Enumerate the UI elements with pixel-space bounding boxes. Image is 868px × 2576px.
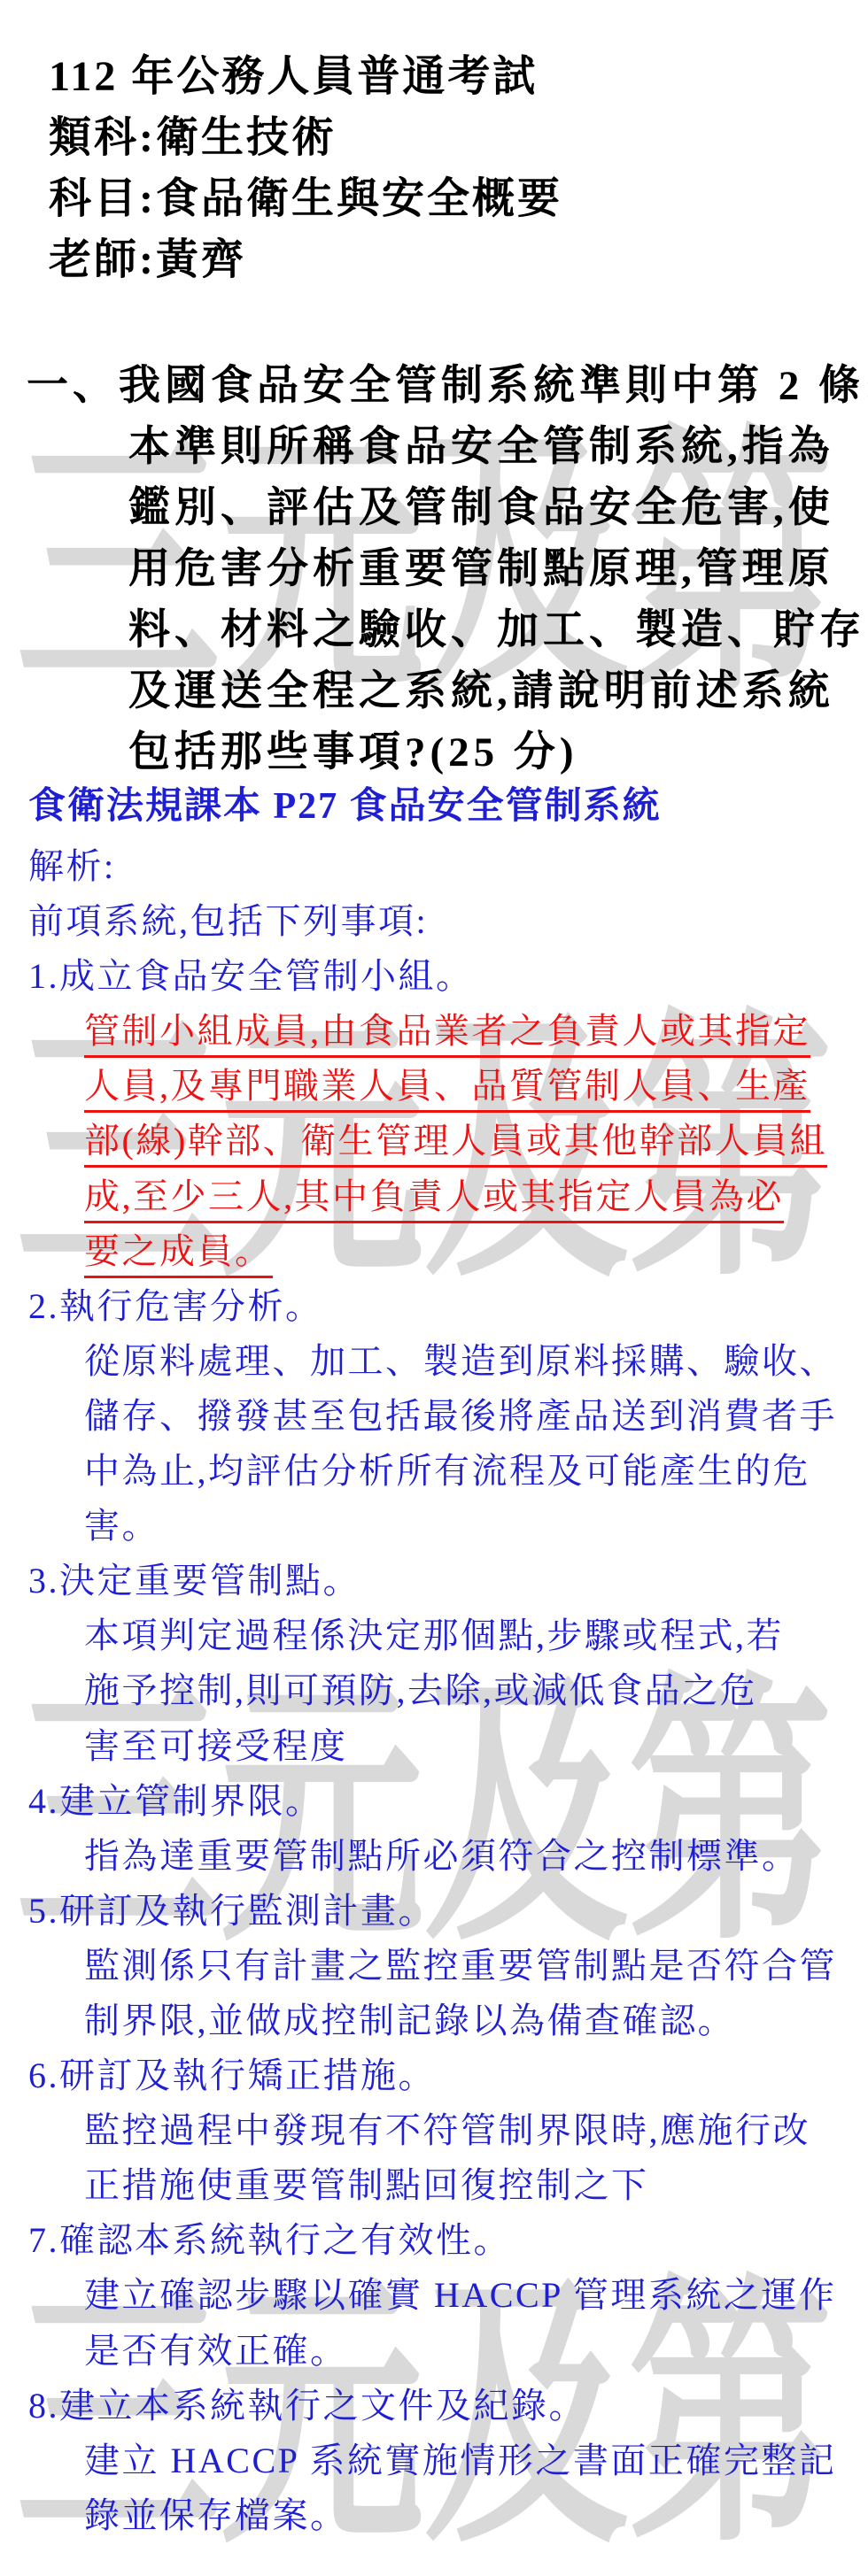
answer-line-text: 建立確認步驟以確實 HACCP 管理系統之運作 [84,2275,836,2315]
answer-line: 指為達重要管制點所必須符合之控制標準。 [28,1829,843,1884]
answer-line: 害至可接受程度 [28,1719,843,1774]
answer-line-text: 中為止,均評估分析所有流程及可能產生的危 [84,1451,810,1491]
header-line: 老師:黃齊 [49,229,850,290]
answer-line-text: 監控過程中發現有不符管制界限時,應施行改 [84,2110,810,2150]
answer-line: 監測係只有計畫之監控重要管制點是否符合管 [28,1939,843,1994]
answer-line-text: 監測係只有計畫之監控重要管制點是否符合管 [84,1946,837,1986]
answer-line-text: 3.決定重要管制點。 [28,1561,360,1600]
answer-line: 管制小組成員,由食品業者之負責人或其指定 [28,1004,843,1059]
answer-source-ref: 食衛法規課本 P27 食品安全管制系統 [28,784,662,829]
answer-line-text: 部(線)幹部、衛生管理人員或其他幹部人員組 [84,1121,827,1168]
question-line: 及運送全程之系統,請說明前述系統 [27,661,843,722]
header-line-text: 老師:黃齊 [49,236,246,283]
header-line: 112 年公務人員普通考試 [49,46,850,107]
header-line-text: 類科:衛生技術 [49,114,337,161]
answer-line: 4.建立管制界限。 [28,1774,843,1829]
answer-line-text: 1.成立食品安全管制小組。 [28,956,474,996]
answer-line: 建立確認步驟以確實 HACCP 管理系統之運作 [28,2268,843,2323]
document-page: 三元及第三元及第三元及第三元及第 112 年公務人員普通考試 類科:衛生技術 科… [0,0,868,2576]
document-content: 112 年公務人員普通考試 類科:衛生技術 科目:食品衛生與安全概要 老師:黃齊… [0,0,868,2576]
answer-line: 人員,及專門職業人員、品質管制人員、生產 [28,1059,843,1114]
answer-line-text: 成,至少三人,其中負責人或其指定人員為必 [84,1176,784,1223]
answer-line-text: 人員,及專門職業人員、品質管制人員、生產 [84,1066,810,1113]
answer-line: 從原料處理、加工、製造到原料採購、驗收、 [28,1334,843,1389]
answer-line-text: 害。 [84,1506,159,1546]
question-line-text: 本準則所稱食品安全管制系統,指為 [128,424,834,470]
answer-line: 建立 HACCP 系統實施情形之書面正確完整記 [28,2433,843,2488]
answer-line: 監控過程中發現有不符管制界限時,應施行改 [28,2103,843,2158]
header-line: 類科:衛生技術 [49,107,850,168]
answer-line-text: 從原料處理、加工、製造到原料採購、驗收、 [84,1341,837,1381]
answer-line-text: 5.研訂及執行監測計畫。 [28,1891,436,1931]
answer-line: 2.執行危害分析。 [28,1279,843,1334]
answer-line-text: 正措施使重要管制點回復控制之下 [84,2165,649,2205]
answer-line-text: 指為達重要管制點所必須符合之控制標準。 [84,1836,800,1876]
answer-line: 7.確認本系統執行之有效性。 [28,2213,843,2268]
answer-line-text: 解析: [28,846,116,886]
answer-line: 成,至少三人,其中負責人或其指定人員為必 [28,1169,843,1224]
answer-line-text: 4.建立管制界限。 [28,1781,323,1821]
answer-line: 正措施使重要管制點回復控制之下 [28,2158,843,2213]
answer-line: 1.成立食品安全管制小組。 [28,949,843,1004]
answer-line: 施予控制,則可預防,去除,或減低食品之危 [28,1663,843,1718]
answer-line: 制界限,並做成控制記錄以為備查確認。 [28,1994,843,2048]
answer-line-text: 2.執行危害分析。 [28,1286,323,1326]
answer-line-text: 施予控制,則可預防,去除,或減低食品之危 [84,1670,757,1710]
answer-line: 前項系統,包括下列事項: [28,894,843,949]
answer-line-text: 是否有效正確。 [84,2331,348,2371]
question-line-text: 用危害分析重要管制點原理,管理原 [128,546,834,592]
answer-block: 解析: 前項系統,包括下列事項: 1.成立食品安全管制小組。 管制小組成員,由食… [28,839,843,2543]
answer-line-text: 6.研訂及執行矯正措施。 [28,2055,436,2095]
answer-line: 8.建立本系統執行之文件及紀錄。 [28,2379,843,2433]
answer-line: 6.研訂及執行矯正措施。 [28,2048,843,2103]
header-line-text: 112 年公務人員普通考試 [49,53,538,100]
answer-line: 錄並保存檔案。 [28,2488,843,2543]
question-line-text: 及運送全程之系統,請說明前述系統 [128,668,834,714]
answer-line-text: 8.建立本系統執行之文件及紀錄。 [28,2386,586,2426]
exam-header: 112 年公務人員普通考試 類科:衛生技術 科目:食品衛生與安全概要 老師:黃齊 [49,46,850,290]
question-line: 包括那些事項?(25 分) [27,722,843,783]
question-line-text: 包括那些事項?(25 分) [128,729,578,775]
answer-line: 5.研訂及執行監測計畫。 [28,1884,843,1939]
question-block: 一、我國食品安全管制系統準則中第 2 條: 本準則所稱食品安全管制系統,指為 鑑… [27,356,843,783]
question-line: 一、我國食品安全管制系統準則中第 2 條: [27,356,843,417]
answer-line: 本項判定過程係決定那個點,步驟或程式,若 [28,1608,843,1663]
question-line-text: 料、材料之驗收、加工、製造、貯存 [128,607,865,653]
question-line: 用危害分析重要管制點原理,管理原 [27,539,843,600]
answer-line: 儲存、撥發甚至包括最後將產品送到消費者手 [28,1389,843,1444]
answer-line-text: 管制小組成員,由食品業者之負責人或其指定 [84,1011,810,1058]
answer-line: 解析: [28,839,843,894]
answer-line: 部(線)幹部、衛生管理人員或其他幹部人員組 [28,1114,843,1168]
question-line: 鑑別、評估及管制食品安全危害,使 [27,478,843,539]
answer-line-text: 本項判定過程係決定那個點,步驟或程式,若 [84,1616,784,1655]
answer-line-text: 制界限,並做成控制記錄以為備查確認。 [84,2001,735,2040]
answer-line-text: 建立 HACCP 系統實施情形之書面正確完整記 [84,2441,836,2480]
header-line-text: 科目:食品衛生與安全概要 [49,175,562,222]
answer-line: 中為止,均評估分析所有流程及可能產生的危 [28,1444,843,1499]
header-line: 科目:食品衛生與安全概要 [49,168,850,229]
question-line: 料、材料之驗收、加工、製造、貯存 [27,600,843,661]
question-line: 本準則所稱食品安全管制系統,指為 [27,417,843,478]
question-line-text: 鑑別、評估及管制食品安全危害,使 [128,485,834,531]
answer-line-text: 錄並保存檔案。 [84,2495,348,2535]
answer-line-text: 要之成員。 [84,1231,273,1278]
answer-line-text: 儲存、撥發甚至包括最後將產品送到消費者手 [84,1396,837,1436]
answer-line-text: 7.確認本系統執行之有效性。 [28,2220,511,2260]
answer-line-text: 害至可接受程度 [84,1726,348,1766]
question-line-text: 一、我國食品安全管制系統準則中第 2 條: [27,363,868,409]
answer-line-text: 前項系統,包括下列事項: [28,901,428,941]
answer-line: 害。 [28,1499,843,1554]
answer-line: 是否有效正確。 [28,2324,843,2379]
answer-line: 3.決定重要管制點。 [28,1554,843,1608]
answer-line: 要之成員。 [28,1224,843,1279]
